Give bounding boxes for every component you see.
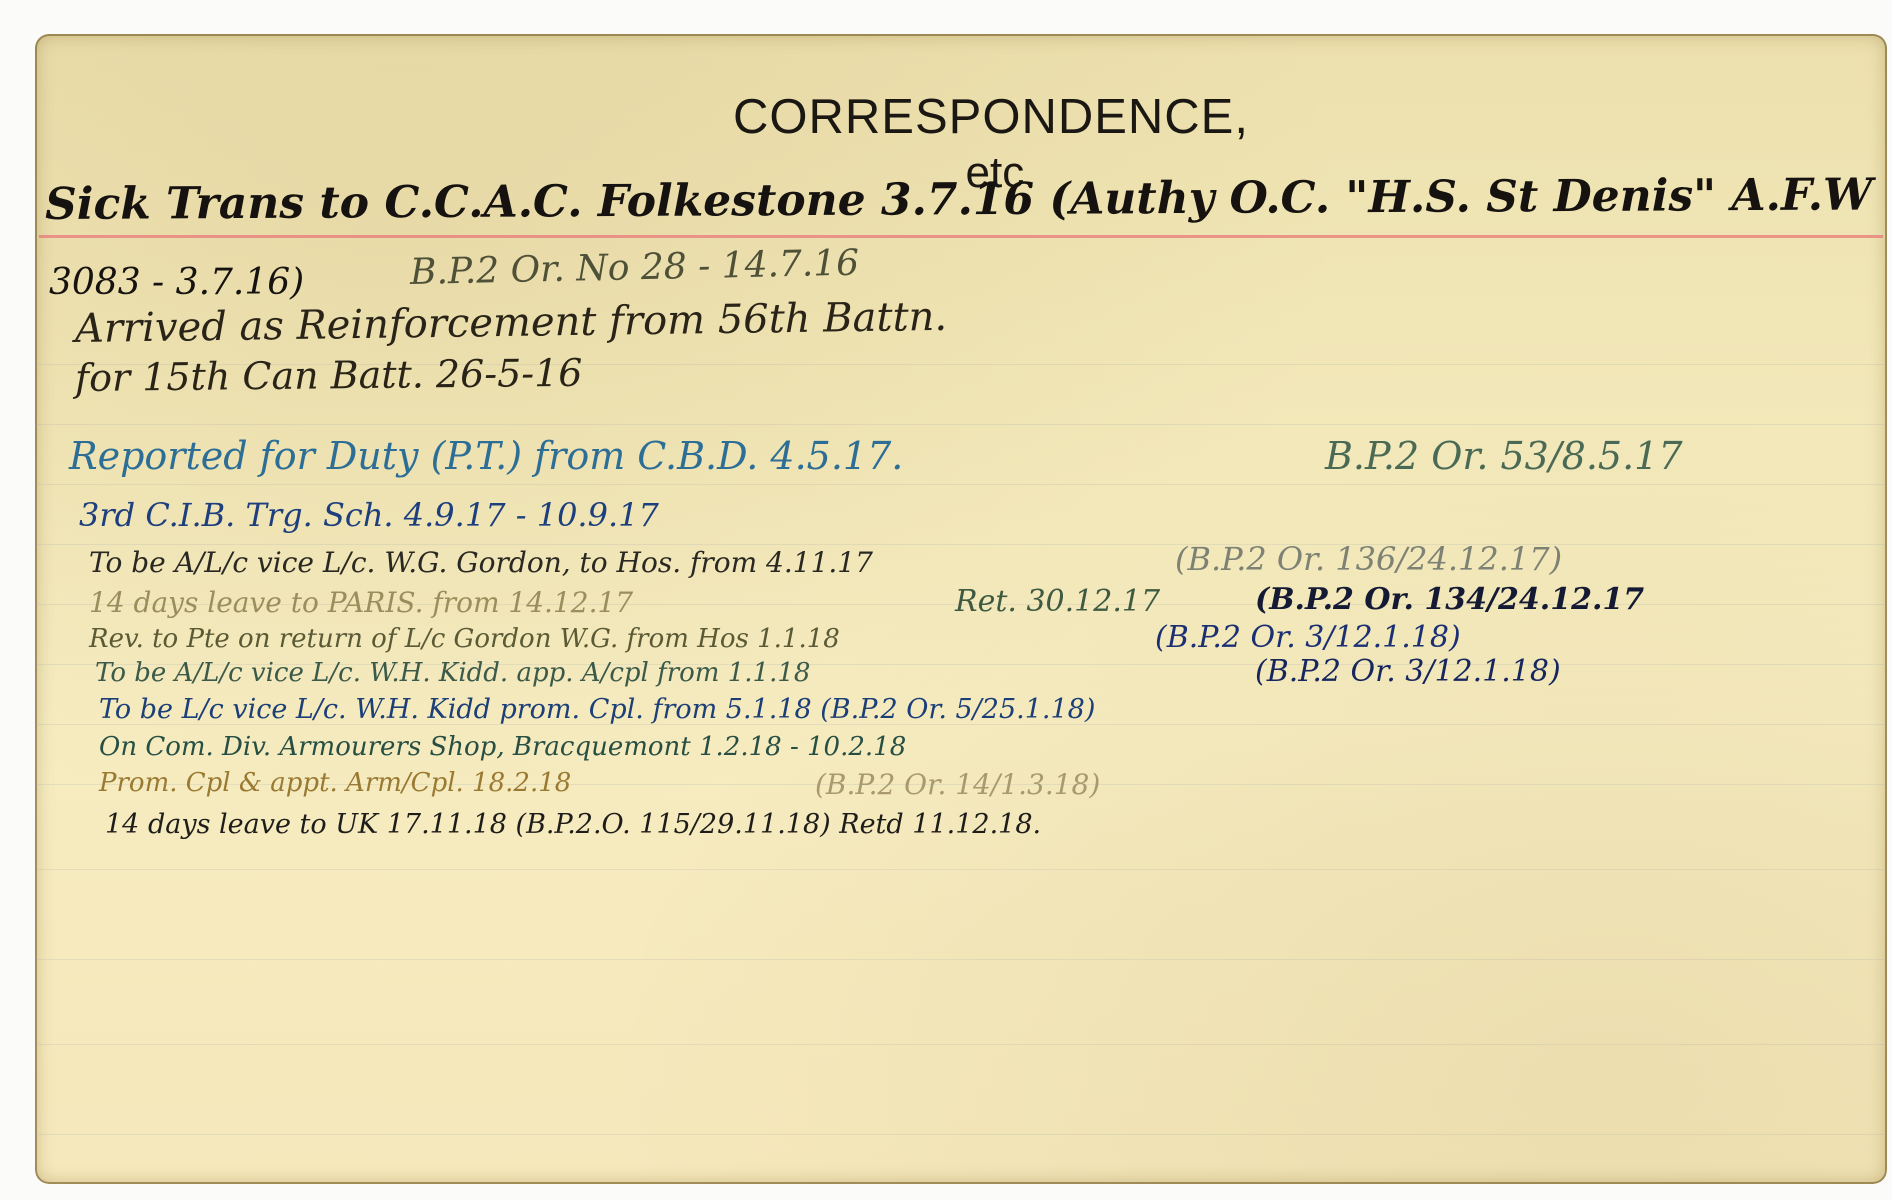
entry-bp2-order-3-b: (B.P.2 Or. 3/12.1.18)	[1255, 654, 1561, 689]
entry-training-school: 3rd C.I.B. Trg. Sch. 4.9.17 - 10.9.17	[79, 496, 659, 534]
entry-uk-leave: 14 days leave to UK 17.11.18 (B.P.2.O. 1…	[105, 809, 1041, 840]
ruled-line	[35, 1044, 1887, 1045]
ruled-line	[35, 544, 1887, 545]
entry-reverted-to-private: Rev. to Pte on return of L/c Gordon W.G.…	[89, 624, 840, 654]
entry-bp2-order-14: (B.P.2 Or. 14/1.3.18)	[815, 768, 1100, 801]
ruled-line	[35, 959, 1887, 960]
entry-paris-leave: 14 days leave to PARIS. from 14.12.17	[89, 586, 633, 619]
entry-lance-corporal-kidd: To be L/c vice L/c. W.H. Kidd prom. Cpl.…	[99, 694, 1095, 725]
entry-acting-lance-corporal-gordon: To be A/L/c vice L/c. W.G. Gordon, to Ho…	[89, 546, 873, 579]
service-record-card: CORRESPONDENCE, etc. Sick Trans to C.C.A…	[35, 34, 1887, 1184]
ruled-line	[35, 1134, 1887, 1135]
ruled-line	[35, 424, 1887, 425]
entry-bp2-order-134: (B.P.2 Or. 134/24.12.17	[1255, 582, 1644, 617]
ruled-line	[35, 484, 1887, 485]
entry-bp2-order-53: B.P.2 Or. 53/8.5.17	[1325, 434, 1683, 478]
card-title: CORRESPONDENCE,	[35, 89, 1887, 145]
entry-sick-transfer: Sick Trans to C.C.A.C. Folkestone 3.7.16…	[45, 169, 1873, 230]
entry-promoted-corporal: Prom. Cpl & appt. Arm/Cpl. 18.2.18	[99, 768, 571, 798]
entry-for-15th-batt: for 15th Can Batt. 26-5-16	[75, 351, 583, 400]
entry-bp2-order-28: B.P.2 Or. No 28 - 14.7.16	[410, 243, 860, 293]
entry-sick-transfer-cont: 3083 - 3.7.16)	[49, 262, 304, 303]
entry-reported-for-duty: Reported for Duty (P.T.) from C.B.D. 4.5…	[69, 434, 903, 478]
entry-armourers-shop: On Com. Div. Armourers Shop, Bracquemont…	[99, 732, 906, 762]
entry-bp2-order-3-a: (B.P.2 Or. 3/12.1.18)	[1155, 620, 1461, 655]
entry-acting-lance-corporal-kidd: To be A/L/c vice L/c. W.H. Kidd. app. A/…	[95, 658, 810, 688]
red-margin-rule	[39, 235, 1883, 238]
ruled-line	[35, 869, 1887, 870]
entry-bp2-order-136: (B.P.2 Or. 136/24.12.17)	[1175, 540, 1562, 578]
entry-paris-return: Ret. 30.12.17	[955, 584, 1160, 619]
